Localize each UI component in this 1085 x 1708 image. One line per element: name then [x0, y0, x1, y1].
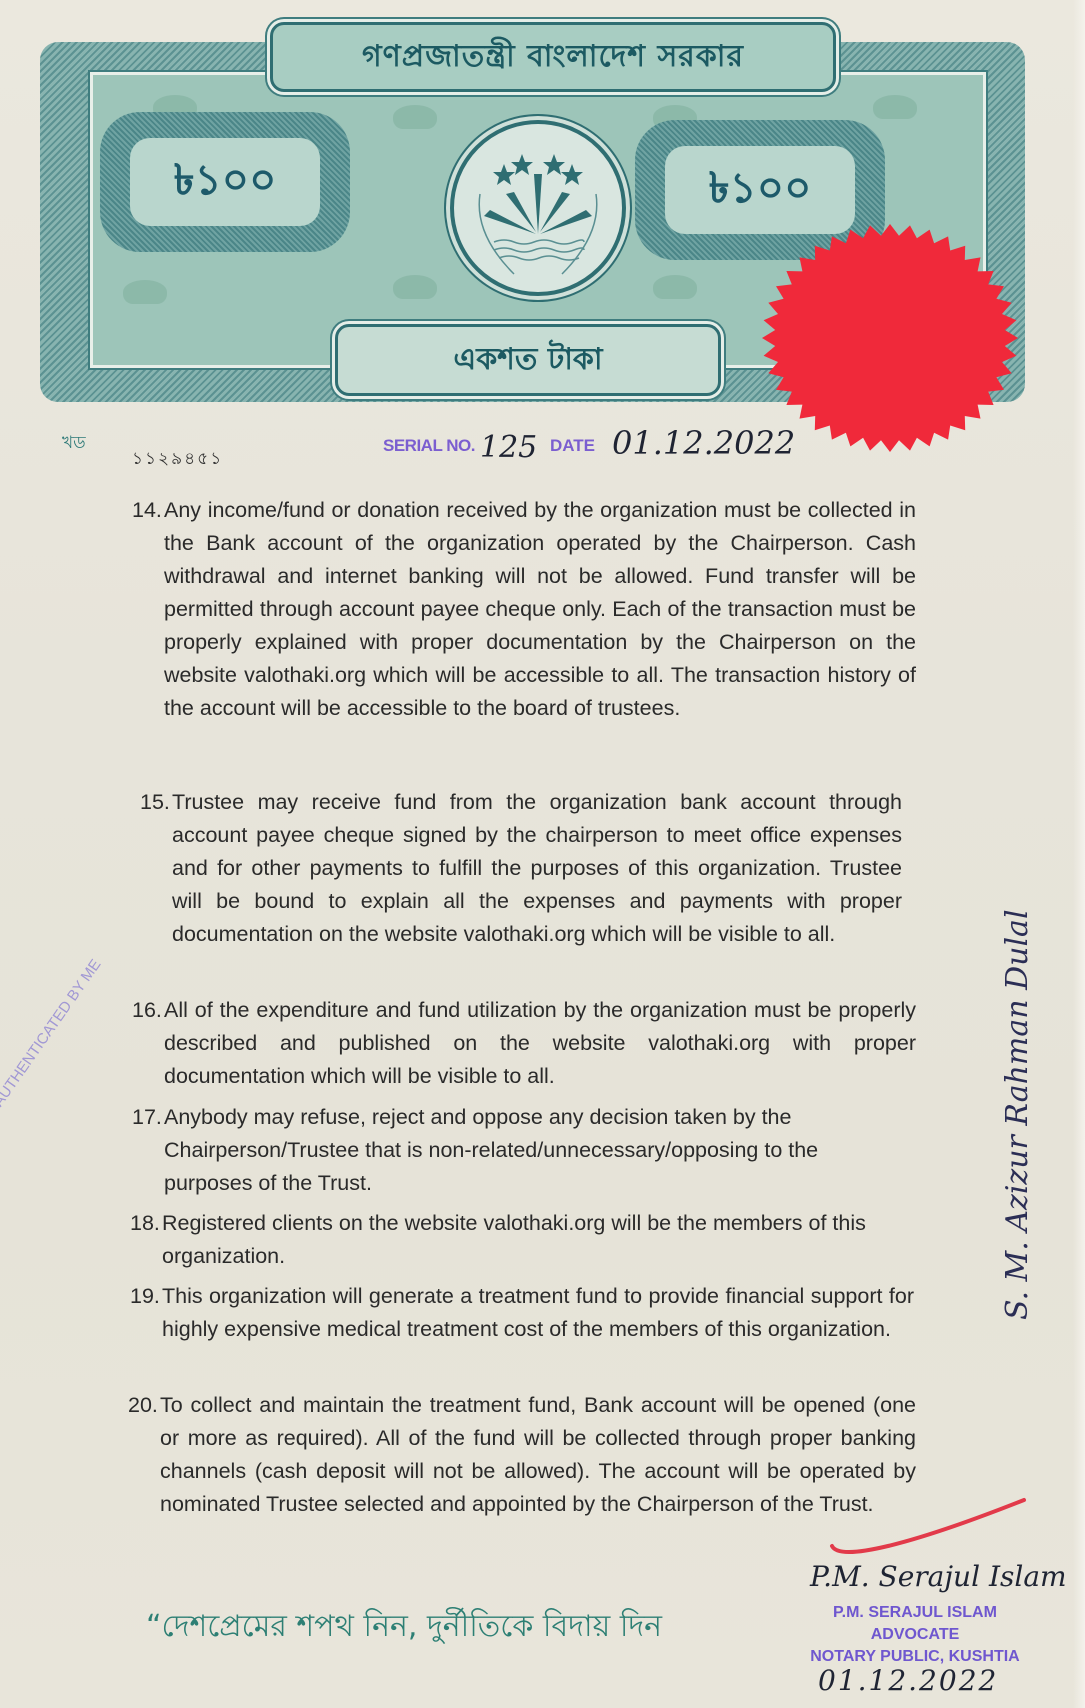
notary-signature: P.M. Serajul Islam — [810, 1560, 1067, 1593]
stamp-title: গণপ্রজাতন্ত্রী বাংলাদেশ সরকার — [270, 22, 836, 92]
notary-name: P.M. SERAJUL ISLAM — [810, 1602, 1020, 1624]
red-tick-mark-icon — [828, 1496, 1028, 1556]
khata-label: খড — [62, 430, 86, 458]
anti-corruption-motto: “দেশপ্রেমের শপথ নিন, দুর্নীতিকে বিদায় দ… — [146, 1602, 662, 1653]
serial-no-value: 125 — [480, 430, 537, 465]
notary-date: 01.12.2022 — [818, 1664, 998, 1697]
clause-text: To collect and maintain the treatment fu… — [160, 1393, 916, 1516]
bangladesh-emblem-icon — [450, 120, 626, 296]
clause-number: 14. — [132, 494, 162, 527]
clause-number: 20. — [128, 1389, 158, 1422]
serial-no-label: SERIAL NO. — [383, 436, 475, 456]
clause-text: Any income/fund or donation received by … — [164, 498, 916, 720]
lotus-watermark-icon — [393, 275, 437, 299]
lotus-watermark-icon — [393, 105, 437, 129]
clause-item: 20. To collect and maintain the treatmen… — [160, 1389, 916, 1521]
clause-text: Trustee may receive fund from the organi… — [172, 790, 902, 946]
clause-text: Registered clients on the website valoth… — [162, 1211, 866, 1268]
clause-text: All of the expenditure and fund utilizat… — [164, 998, 916, 1088]
stamp-amount-in-words: একশত টাকা — [335, 324, 721, 396]
clause-number: 19. — [130, 1280, 160, 1313]
red-wax-seal-icon — [755, 218, 1025, 458]
notary-stamp: P.M. SERAJUL ISLAM ADVOCATE NOTARY PUBLI… — [810, 1602, 1020, 1668]
lotus-watermark-icon — [653, 275, 697, 299]
clause-number: 18. — [130, 1207, 160, 1240]
clause-item: 17. Anybody may refuse, reject and oppos… — [164, 1101, 904, 1200]
clause-item: 18. Registered clients on the website va… — [162, 1207, 910, 1273]
clause-item: 16. All of the expenditure and fund util… — [164, 994, 916, 1093]
stamp-value-left: ৳১০০ — [100, 112, 350, 252]
clause-number: 16. — [132, 994, 162, 1027]
clause-number: 15. — [140, 786, 170, 819]
clause-item: 19. This organization will generate a tr… — [162, 1280, 914, 1346]
margin-signature: S. M. Azizur Rahman Dulal — [1000, 909, 1035, 1320]
lotus-watermark-icon — [123, 280, 167, 304]
clause-number: 17. — [132, 1101, 162, 1134]
clause-item: 14. Any income/fund or donation received… — [164, 494, 916, 725]
paper-edge — [1073, 0, 1085, 1708]
clause-item: 15. Trustee may receive fund from the or… — [172, 786, 902, 951]
clause-text: This organization will generate a treatm… — [162, 1284, 914, 1341]
clause-text: Anybody may refuse, reject and oppose an… — [164, 1105, 818, 1195]
stamp-value-left-text: ৳১০০ — [130, 138, 320, 226]
date-value: 01.12.2022 — [612, 424, 795, 462]
stamp-serial-number: ১১২৯৪৫১ — [132, 446, 223, 474]
notary-title: ADVOCATE — [810, 1624, 1020, 1646]
lotus-watermark-icon — [873, 95, 917, 119]
date-label: DATE — [550, 436, 595, 456]
